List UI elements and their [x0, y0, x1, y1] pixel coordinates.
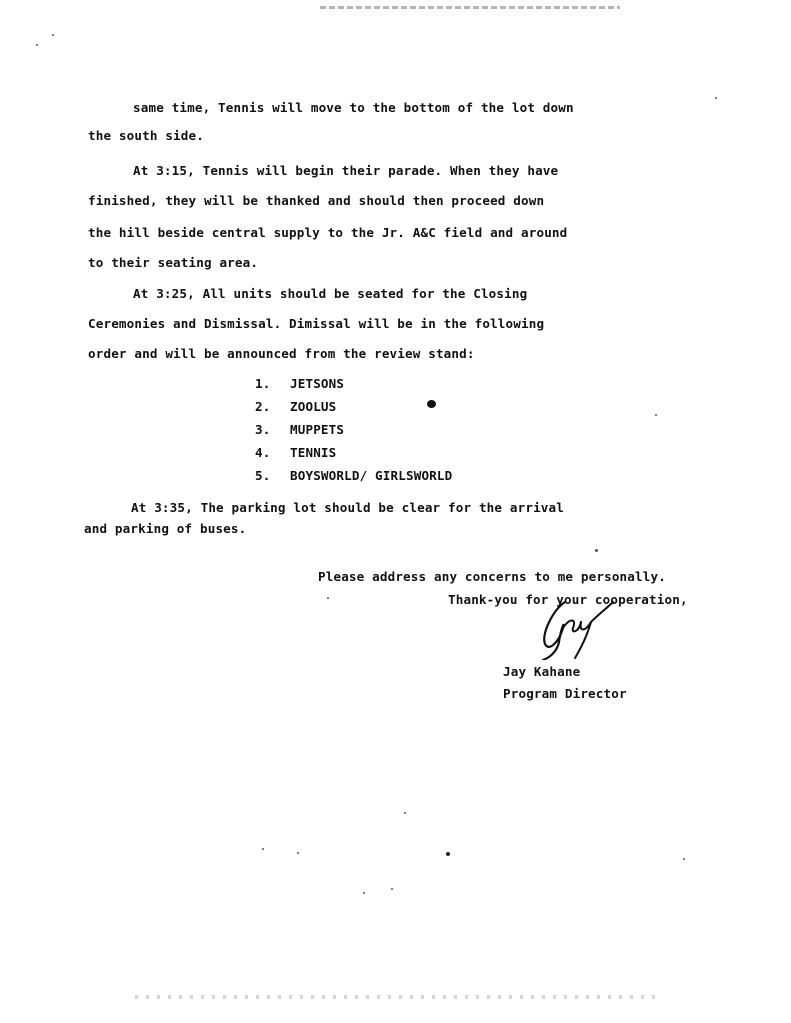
scan-speck [327, 597, 329, 599]
scan-speck [297, 852, 299, 854]
scan-speck [446, 852, 450, 856]
final-paragraph-line-2: and parking of buses. [84, 521, 246, 536]
scan-speck [363, 892, 365, 894]
scan-speck [262, 848, 264, 850]
final-paragraph-line-1: At 3:35, The parking lot should be clear… [131, 500, 564, 515]
list-item-number: 2. [255, 399, 270, 414]
paragraph-2-line-4: to their seating area. [88, 255, 258, 270]
scan-noise-bottom [135, 995, 655, 999]
list-item-number: 5. [255, 468, 270, 483]
scan-speck [391, 888, 393, 890]
list-item-number: 3. [255, 422, 270, 437]
list-item: MUPPETS [290, 422, 344, 437]
list-item: BOYSWORLD/ GIRLSWORLD [290, 468, 452, 483]
list-item: ZOOLUS [290, 399, 336, 414]
paragraph-3-line-2: Ceremonies and Dismissal. Dimissal will … [88, 316, 544, 331]
closing-request: Please address any concerns to me person… [318, 569, 666, 584]
paragraph-1-line-2: the south side. [88, 128, 204, 143]
signature-icon [535, 598, 615, 660]
scan-speck [715, 97, 717, 99]
signer-name: Jay Kahane [503, 664, 580, 679]
paragraph-2-line-1: At 3:15, Tennis will begin their parade.… [133, 163, 558, 178]
scan-speck [36, 44, 38, 46]
list-item: JETSONS [290, 376, 344, 391]
list-item-number: 1. [255, 376, 270, 391]
scan-speck [595, 549, 598, 552]
list-item: TENNIS [290, 445, 336, 460]
scan-speck [52, 34, 54, 36]
list-item-number: 4. [255, 445, 270, 460]
scan-speck [655, 414, 657, 416]
scan-speck [683, 858, 685, 860]
paragraph-3-line-1: At 3:25, All units should be seated for … [133, 286, 527, 301]
paragraph-3-line-3: order and will be announced from the rev… [88, 346, 475, 361]
signer-title: Program Director [503, 686, 627, 701]
paragraph-2-line-3: the hill beside central supply to the Jr… [88, 225, 567, 240]
paragraph-2-line-2: finished, they will be thanked and shoul… [88, 193, 544, 208]
scan-speck [404, 812, 406, 814]
scan-noise-top [320, 6, 620, 9]
ink-blot-mark [427, 400, 436, 408]
paragraph-1-line-1: same time, Tennis will move to the botto… [133, 100, 574, 115]
